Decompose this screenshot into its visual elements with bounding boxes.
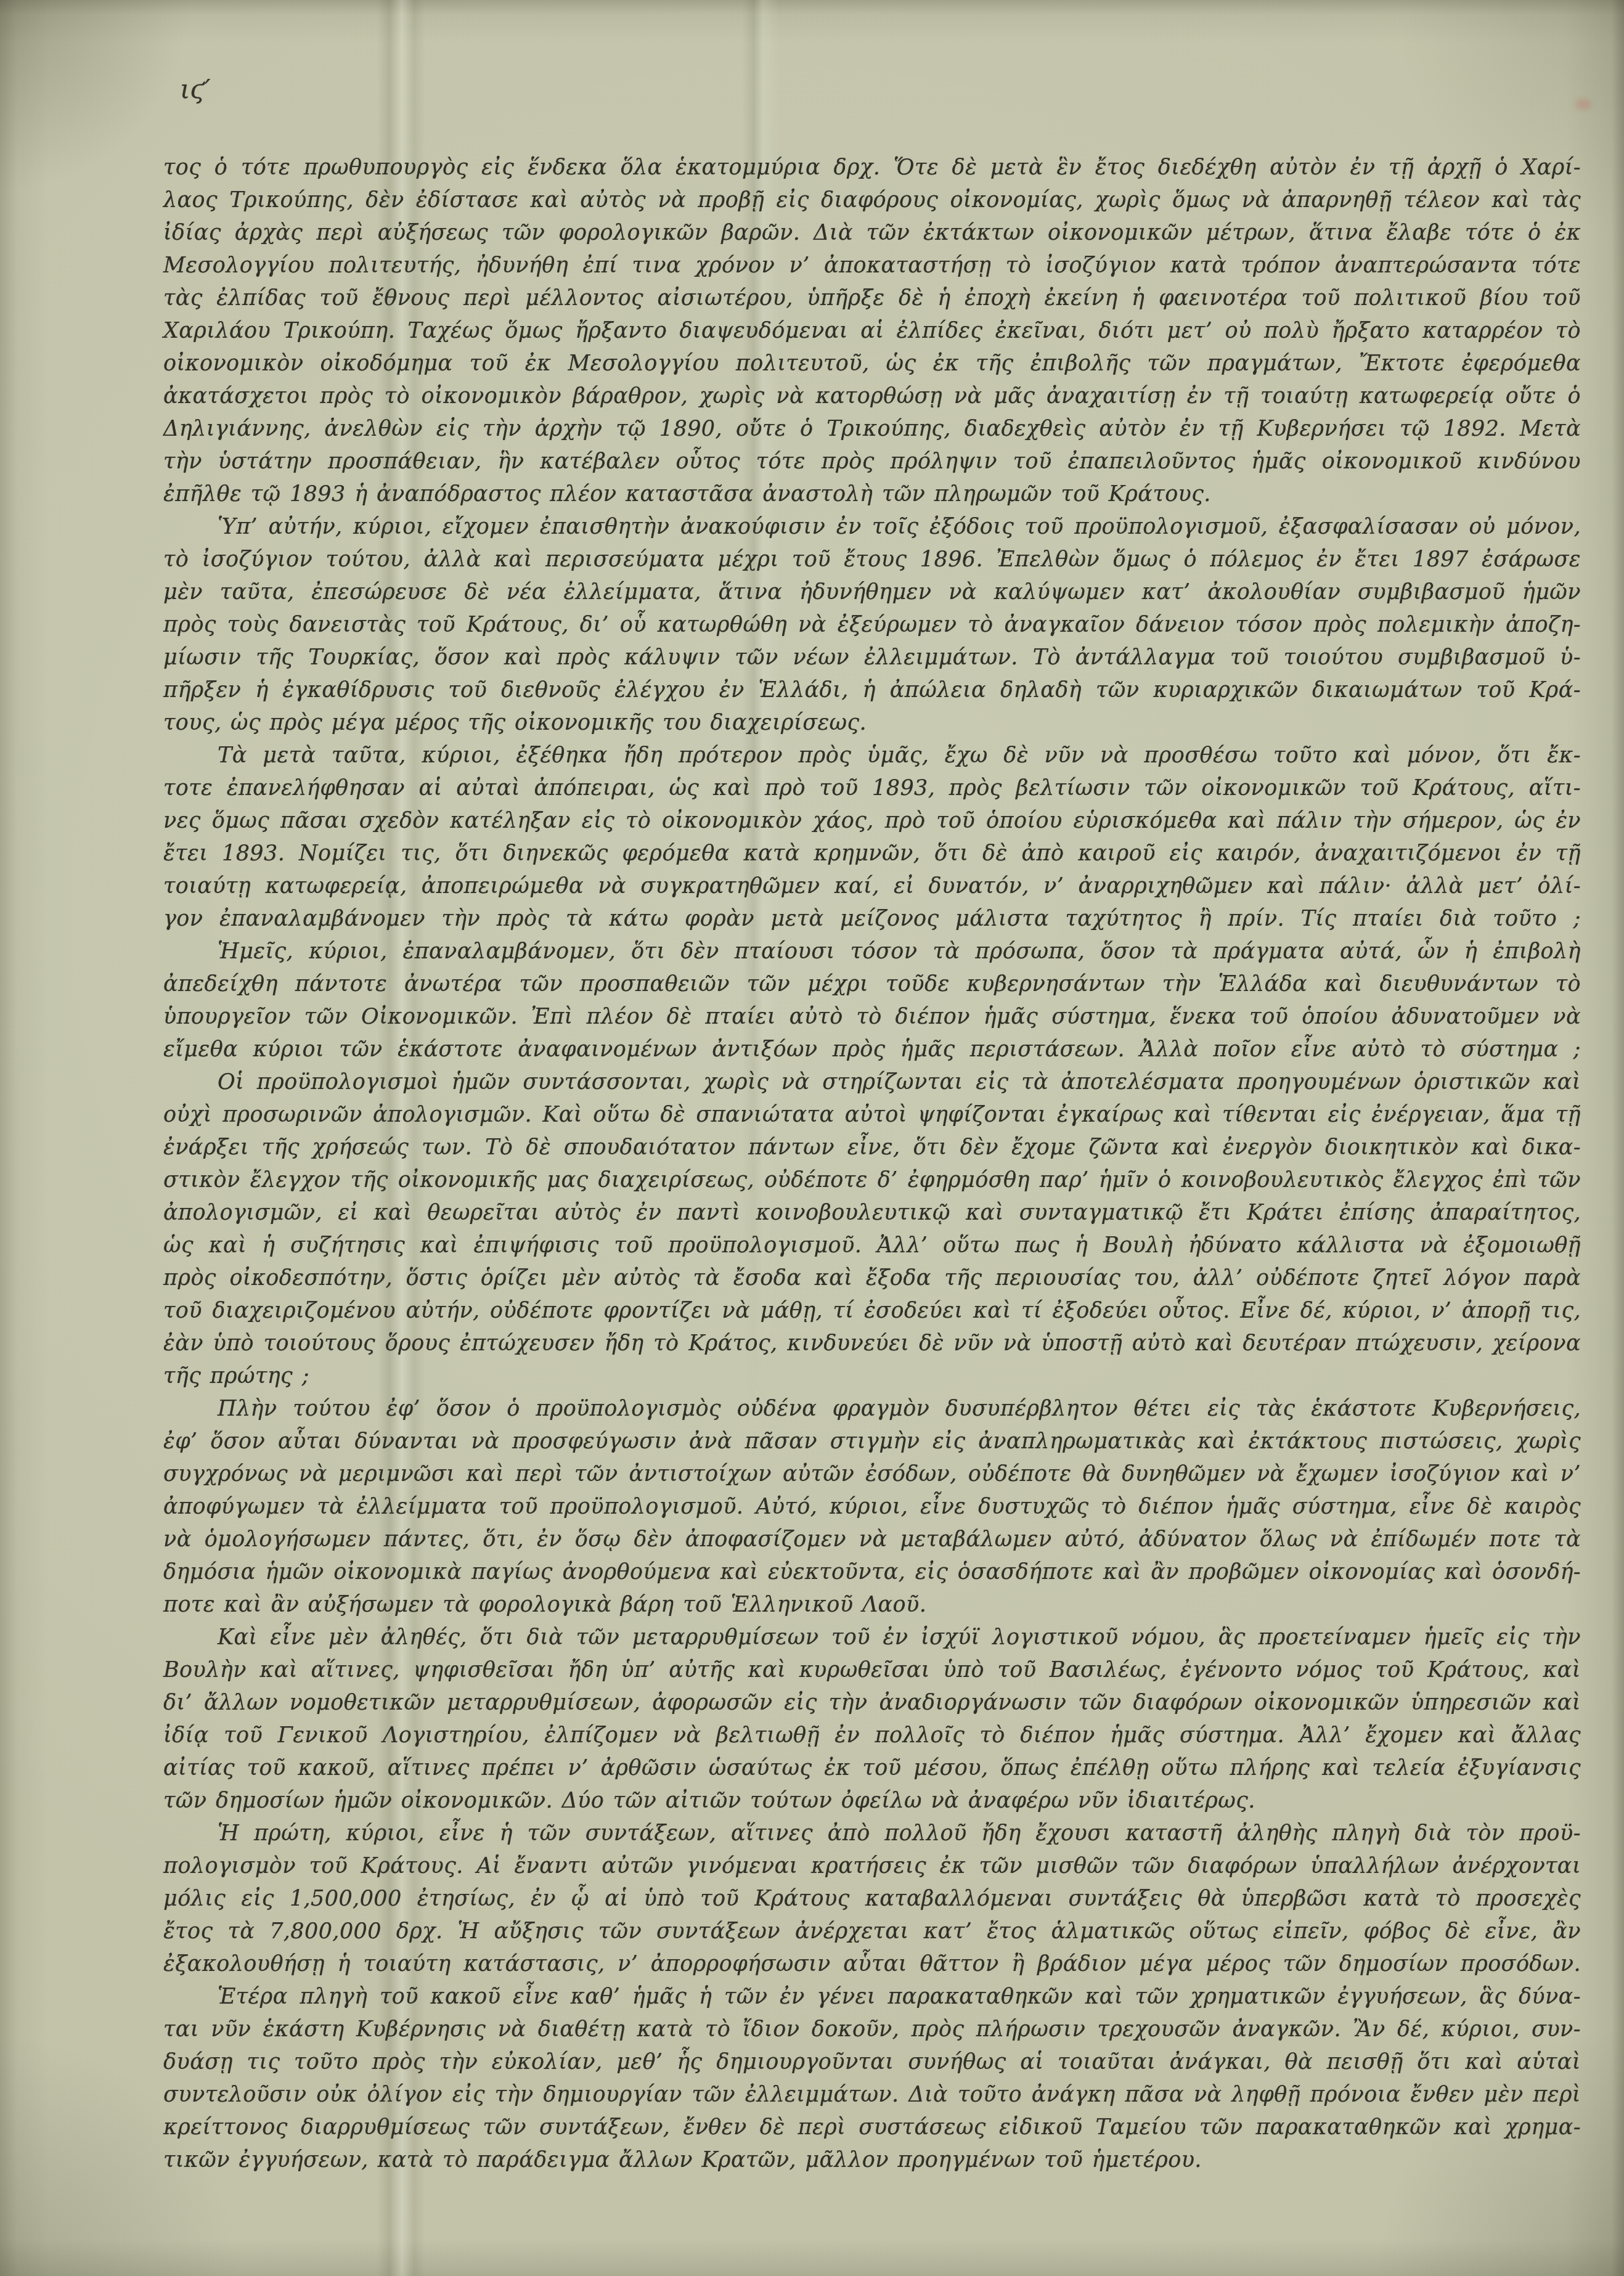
text-line: τος ὁ τότε πρωθυπουργὸς εἰς ἕνδεκα ὅλα ἑ…	[163, 152, 1581, 184]
text-line: τὴν ὑστάτην προσπάθειαν, ἣν κατέβαλεν οὗ…	[163, 446, 1581, 478]
text-line: ἔτει 1893. Νομίζει τις, ὅτι διηνεκῶς φερ…	[163, 838, 1581, 870]
text-line: συντελοῦσιν οὐκ ὀλίγον εἰς τὴν δημιουργί…	[163, 2079, 1581, 2111]
text-line: δι’ ἄλλων νομοθετικῶν μεταρρυθμίσεων, ἀφ…	[163, 1687, 1581, 1719]
text-block: τος ὁ τότε πρωθυπουργὸς εἰς ἕνδεκα ὅλα ἑ…	[163, 152, 1581, 2177]
text-line: μίωσιν τῆς Τουρκίας, ὅσον καὶ πρὸς κάλυψ…	[163, 642, 1581, 674]
text-line: γον ἐπαναλαμβάνομεν τὴν πρὸς τὰ κάτω φορ…	[163, 903, 1581, 936]
text-line: ἀπεδείχθη πάντοτε ἀνωτέρα τῶν προσπαθειῶ…	[163, 968, 1581, 1001]
text-line: Ἡμεῖς, κύριοι, ἐπαναλαμβάνομεν, ὅτι δὲν …	[163, 936, 1581, 968]
text-line: οὐχὶ προσωρινῶν ἀπολογισμῶν. Καὶ οὕτω δὲ…	[163, 1099, 1581, 1132]
text-line: δυάσῃ τις τοῦτο πρὸς τὴν εὐκολίαν, μεθ’ …	[163, 2046, 1581, 2079]
text-line: Μεσολογγίου πολιτευτής, ἠδυνήθη ἐπί τινα…	[163, 250, 1581, 282]
text-line: στικὸν ἔλεγχον τῆς οἰκονομικῆς μας διαχε…	[163, 1164, 1581, 1197]
text-line: τικῶν ἐγγυήσεων, κατὰ τὸ παράδειγμα ἄλλω…	[163, 2144, 1581, 2177]
text-line: νὰ ὁμολογήσωμεν πάντες, ὅτι, ἐν ὅσῳ δὲν …	[163, 1523, 1581, 1556]
text-line: ἐπῆλθε τῷ 1893 ἡ ἀναπόδραστος πλέον κατα…	[163, 478, 1581, 511]
text-line: Χαριλάου Τρικούπη. Ταχέως ὅμως ἤρξαντο δ…	[163, 315, 1581, 348]
text-line: ἀποφύγωμεν τὰ ἐλλείμματα τοῦ προϋπολογισ…	[163, 1491, 1581, 1523]
text-line: ἰδίᾳ τοῦ Γενικοῦ Λογιστηρίου, ἐλπίζομεν …	[163, 1719, 1581, 1752]
text-line: τὸ ἰσοζύγιον τούτου, ἀλλὰ καὶ περισσεύμα…	[163, 544, 1581, 576]
text-line: τους, ὡς πρὸς μέγα μέρος τῆς οἰκονομικῆς…	[163, 707, 1581, 740]
text-line: πρὸς τοὺς δανειστὰς τοῦ Κράτους, δι’ οὗ …	[163, 609, 1581, 642]
text-line: Καὶ εἶνε μὲν ἀληθές, ὅτι διὰ τῶν μεταρρυ…	[163, 1621, 1581, 1654]
text-line: νες ὅμως πᾶσαι σχεδὸν κατέληξαν εἰς τὸ ο…	[163, 805, 1581, 838]
text-line: τῆς πρώτης ;	[163, 1360, 1581, 1393]
text-line: τοτε ἐπανελήφθησαν αἱ αὐταὶ ἀπόπειραι, ὡ…	[163, 772, 1581, 805]
text-line: τῶν δημοσίων ἡμῶν οἰκονομικῶν. Δύο τῶν α…	[163, 1785, 1581, 1817]
text-line: τοῦ διαχειριζομένου αὐτήν, οὐδέποτε φρον…	[163, 1295, 1581, 1328]
text-line: Οἱ προϋπολογισμοὶ ἡμῶν συντάσσονται, χωρ…	[163, 1066, 1581, 1099]
text-line: ποτε καὶ ἂν αὐξήσωμεν τὰ φορολογικὰ βάρη…	[163, 1589, 1581, 1621]
page-number: ιϛ′	[180, 74, 211, 104]
text-line: εἴμεθα κύριοι τῶν ἑκάστοτε ἀναφαινομένων…	[163, 1034, 1581, 1066]
text-line: ἰδίας ἀρχὰς περὶ αὐξήσεως τῶν φορολογικῶ…	[163, 217, 1581, 250]
paper-stain	[1575, 99, 1591, 110]
text-line: Ἑτέρα πληγὴ τοῦ κακοῦ εἶνε καθ’ ἡμᾶς ἡ τ…	[163, 1981, 1581, 2013]
text-line: τὰς ἐλπίδας τοῦ ἔθνους περὶ μέλλοντος αἰ…	[163, 282, 1581, 315]
text-line: Πλὴν τούτου ἐφ’ ὅσον ὁ προϋπολογισμὸς οὐ…	[163, 1393, 1581, 1426]
text-line: Ἡ πρώτη, κύριοι, εἶνε ἡ τῶν συντάξεων, α…	[163, 1817, 1581, 1850]
text-line: ται νῦν ἑκάστη Κυβέρνησις νὰ διαθέτῃ κατ…	[163, 2013, 1581, 2046]
text-line: Δηλιγιάννης, ἀνελθὼν εἰς τὴν ἀρχὴν τῷ 18…	[163, 413, 1581, 446]
text-line: συγχρόνως νὰ μεριμνῶσι καὶ περὶ τῶν ἀντι…	[163, 1458, 1581, 1491]
text-line: πρὸς οἰκοδεσπότην, ὅστις ὁρίζει μὲν αὐτὸ…	[163, 1262, 1581, 1295]
text-line: ἐφ’ ὅσον αὗται δύνανται νὰ προσφεύγωσιν …	[163, 1426, 1581, 1458]
text-line: τοιαύτῃ κατωφερείᾳ, ἀποπειρώμεθα νὰ συγκ…	[163, 870, 1581, 903]
text-line: Ὑπ’ αὐτήν, κύριοι, εἴχομεν ἐπαισθητὴν ἀν…	[163, 511, 1581, 544]
text-line: Τὰ μετὰ ταῦτα, κύριοι, ἐξέθηκα ἤδη πρότε…	[163, 740, 1581, 772]
text-line: ἐνάρξει τῆς χρήσεώς των. Τὸ δὲ σπουδαιότ…	[163, 1132, 1581, 1164]
text-line: λαος Τρικούπης, δὲν ἐδίστασε καὶ αὐτὸς ν…	[163, 184, 1581, 217]
text-line: μόλις εἰς 1,500,000 ἐτησίως, ἐν ᾧ αἱ ὑπὸ…	[163, 1883, 1581, 1915]
text-line: κρείττονος διαρρυθμίσεως τῶν συντάξεων, …	[163, 2111, 1581, 2144]
text-line: Βουλὴν καὶ αἵτινες, ψηφισθεῖσαι ἤδη ὑπ’ …	[163, 1654, 1581, 1687]
text-line: πῆρξεν ἡ ἐγκαθίδρυσις τοῦ διεθνοῦς ἐλέγχ…	[163, 674, 1581, 707]
text-line: πολογισμὸν τοῦ Κράτους. Αἱ ἔναντι αὐτῶν …	[163, 1850, 1581, 1883]
text-line: αἰτίας τοῦ κακοῦ, αἵτινες πρέπει ν’ ἀρθῶ…	[163, 1752, 1581, 1785]
text-line: ἔτος τὰ 7,800,000 δρχ. Ἡ αὔξησις τῶν συν…	[163, 1915, 1581, 1948]
text-line: ἀπολογισμῶν, εἰ καὶ θεωρεῖται αὐτὸς ἐν π…	[163, 1197, 1581, 1230]
text-line: ἐὰν ὑπὸ τοιούτους ὅρους ἐπτώχευσεν ἤδη τ…	[163, 1328, 1581, 1360]
scanned-document-page: { "page": { "number": "ιϛ′", "paper_colo…	[0, 0, 1624, 2276]
text-line: ἀκατάσχετοι πρὸς τὸ οἰκονομικὸν βάραθρον…	[163, 380, 1581, 413]
text-line: ἐξακολουθήσῃ ἡ τοιαύτη κατάστασις, ν’ ἀπ…	[163, 1948, 1581, 1981]
text-line: μὲν ταῦτα, ἐπεσώρευσε δὲ νέα ἐλλείμματα,…	[163, 576, 1581, 609]
text-line: οἰκονομικὸν οἰκοδόμημα τοῦ ἐκ Μεσολογγίο…	[163, 348, 1581, 380]
text-line: ὡς καὶ ἡ συζήτησις καὶ ἐπιψήφισις τοῦ πρ…	[163, 1230, 1581, 1262]
text-line: ὑπουργεῖον τῶν Οἰκονομικῶν. Ἐπὶ πλέον δὲ…	[163, 1001, 1581, 1034]
text-line: δημόσια ἡμῶν οἰκονομικὰ παγίως ἀνορθούμε…	[163, 1556, 1581, 1589]
